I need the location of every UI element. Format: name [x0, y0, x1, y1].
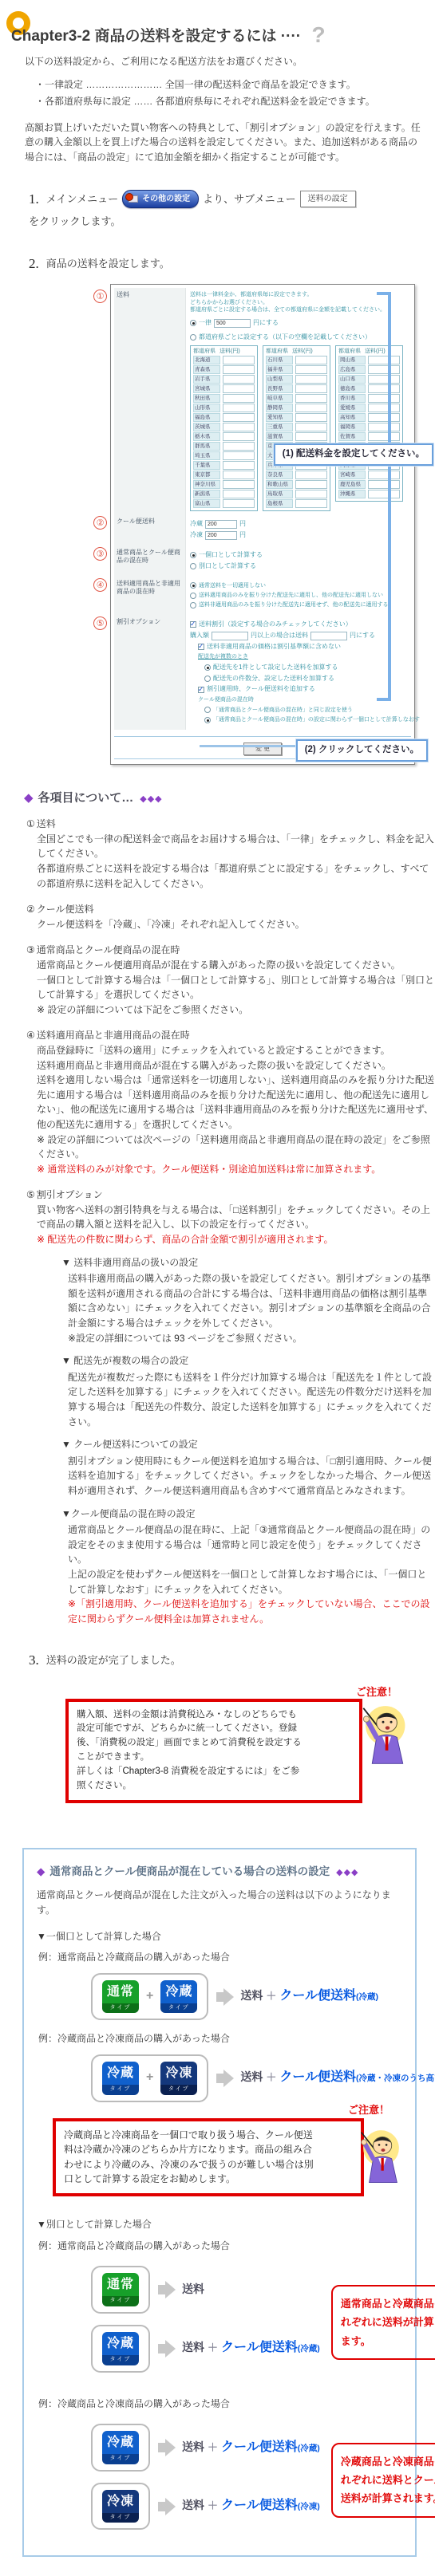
- flat-rate-unit: 円にする: [253, 319, 279, 328]
- guide-item-title: ②クール便送料: [26, 902, 435, 917]
- guide-text: 上記の設定を使わずクール便送料を一個口として計算しなおす場合には、「一個口として…: [68, 1567, 435, 1597]
- row-label: 送料: [114, 288, 186, 514]
- example-label: 例：通常商品と冷蔵商品の購入があった場合: [38, 1950, 404, 1965]
- prefecture-fee-input[interactable]: [368, 413, 400, 422]
- badge-label: 冷凍: [160, 2062, 197, 2085]
- flat-rate-label: 一律: [199, 319, 212, 328]
- prefecture-fee-input[interactable]: [223, 384, 255, 393]
- badge-label: 冷凍: [102, 2490, 139, 2513]
- diamond-icon: ◆: [24, 791, 34, 805]
- prefecture-row: 静岡県: [266, 404, 327, 412]
- exclude-nonapply-checkbox[interactable]: [198, 644, 204, 650]
- plus-sign: ＋: [208, 2499, 218, 2511]
- result-cool-type: (冷蔵): [356, 1992, 378, 2002]
- shipping-result-text: 送料＋クール便送料(冷蔵・冷凍のうち高いほう): [240, 2068, 435, 2088]
- circled-number-4: ④: [93, 578, 107, 592]
- diamond-icons: ◆◆◆: [336, 1868, 358, 1877]
- callout-connector: [200, 745, 303, 747]
- step-text: 商品の送料を設定します。: [46, 256, 170, 272]
- column-header: 送料(円): [219, 348, 240, 355]
- result-base-fee: 送料: [182, 2440, 204, 2453]
- checkbox-label: 送料割引（設定する場合のみチェックしてください）: [199, 620, 352, 629]
- guide-text: 送料を適用しない場合は「通常送料を一切適用しない」、送料適用商品のみを振り分けた…: [37, 1073, 435, 1132]
- guide-items: ①送料全国どこでも一律の配送料金で商品をお届けする場合は、「一律」をチェックし、…: [0, 817, 435, 1626]
- prefecture-fee-input[interactable]: [223, 480, 255, 489]
- step-2: 2. 商品の送料を設定します。: [29, 254, 435, 274]
- prefecture-fee-input[interactable]: [295, 499, 327, 508]
- prefecture-fee-input[interactable]: [223, 365, 255, 374]
- flat-rate-input[interactable]: 500: [214, 319, 251, 328]
- guide-item-title: ④送料適用商品と非適用商品の混在時: [26, 1028, 435, 1043]
- guide-text: 送料非適用商品の購入があった際の扱いを設定してください。割引オプションの基準額を…: [68, 1271, 435, 1330]
- prefecture-label: 静岡県: [266, 404, 293, 412]
- per-prefecture-radio[interactable]: [190, 334, 196, 341]
- shipping-method-list: ・一律設定 …………………… 全国一律の配送料金で商品を設定できます。 ・各都道…: [35, 77, 435, 109]
- unit-label: 円にする: [350, 632, 375, 640]
- frozen-fee-input[interactable]: 200: [205, 531, 237, 540]
- guide-subsection-title: ▼ クール便送料についての設定: [61, 1437, 435, 1452]
- radio-label: 配送先の件数分、設定した送料を加算する: [213, 675, 334, 683]
- guide-text: ※ 配送先の件数に関わらず、商品の合計金額で割引が適用されます。: [37, 1232, 435, 1247]
- page-title: Chapter3-2 商品の送料を設定するには ····: [8, 25, 301, 48]
- purchase-amount-input[interactable]: [212, 632, 248, 640]
- callout-bracket-line: [388, 292, 391, 701]
- item-number: ⑤: [26, 1188, 35, 1203]
- result-cool-fee: クール便送料: [221, 2440, 298, 2454]
- badge-label: 通常: [102, 1980, 139, 2003]
- guide-item-title: ⑤割引オプション: [26, 1188, 435, 1203]
- result-base-fee: 送料: [240, 2070, 263, 2083]
- type-badge-chilled: 冷蔵タイプ: [160, 1980, 197, 2014]
- type-badge-chilled: 冷蔵タイプ: [102, 2431, 139, 2464]
- column-header: 送料(円): [292, 348, 313, 355]
- column-header: 送料(円): [365, 348, 386, 355]
- column-header: 都道府県: [338, 348, 361, 355]
- prefecture-row: 東京都: [193, 471, 255, 479]
- guide-text: ※設定の詳細については 93 ページをご参照ください。: [68, 1331, 435, 1346]
- caution-text: 詳しくは「Chapter3-8 消費税を設定するには」をご参照ください。: [77, 1765, 351, 1794]
- prefecture-column: 都道府県送料(円) 北海道青森県岩手県宮城県秋田県山形県福島県茨城県栃木県群馬県…: [190, 345, 258, 511]
- prefecture-fee-input[interactable]: [295, 471, 327, 479]
- guide-text: ※「割引適用時、クール便送料を追加する」をチェックしていない場合、ここでの設定に…: [68, 1597, 435, 1626]
- prefecture-fee-input[interactable]: [223, 413, 255, 422]
- prefecture-label: 徳島県: [338, 384, 366, 393]
- not-apply-radio[interactable]: [190, 602, 196, 609]
- type-badge-chilled: 冷蔵タイプ: [102, 2332, 139, 2365]
- prefecture-fee-input[interactable]: [295, 423, 327, 431]
- badge-label: 通常: [102, 2273, 139, 2296]
- cool-mixed-sublabel: クール便商品の混在時: [198, 696, 254, 703]
- separate-package-radio[interactable]: [190, 563, 196, 569]
- prefecture-row: 富山県: [193, 499, 255, 508]
- guide-item: ⑤割引オプション買い物客へ送料の割引特典を与える場合は、「□送料割引」をチェック…: [26, 1188, 435, 1626]
- multiple-destination-link[interactable]: 配送先が複数のとき: [198, 653, 248, 660]
- guide-item-title: ③通常商品とクール便商品の混在時: [26, 943, 435, 958]
- prefecture-fee-input[interactable]: [223, 442, 255, 451]
- prefecture-fee-input[interactable]: [223, 499, 255, 508]
- circled-number-2: ②: [93, 516, 107, 530]
- settings-form: ① 送料 送料は一律料金か、都道府県毎に設定できます。 どちらかからお選びくださ…: [110, 284, 415, 765]
- guide-text: 割引オプション使用時にもクール便送料を追加する場合は、「□割引適用時、クール便送…: [68, 1454, 435, 1499]
- example-label: 例：冷蔵商品と冷凍商品の購入があった場合: [38, 2031, 404, 2046]
- prefecture-fee-input[interactable]: [368, 404, 400, 412]
- shipping-flow: 冷蔵タイプ送料＋クール便送料(冷蔵): [91, 2325, 320, 2373]
- column-header: 都道府県: [193, 348, 216, 355]
- prefecture-label: 高知県: [338, 413, 366, 422]
- step-text: より、サブメニュー: [203, 191, 295, 207]
- prefecture-fee-input[interactable]: [368, 490, 400, 498]
- prefecture-label: 岡山県: [338, 356, 366, 364]
- guide-text: ※ 設定の詳細については次ページの「送料適用商品と非適用商品の混在時の設定」をご…: [37, 1132, 435, 1162]
- prefecture-row: 青森県: [193, 365, 255, 374]
- plus-sign: ＋: [266, 1990, 276, 2002]
- package-box: 冷蔵タイプ: [91, 2325, 150, 2373]
- add-cool-fee-checkbox[interactable]: [198, 687, 204, 693]
- prefecture-row: 奈良県: [266, 471, 327, 479]
- badge-sublabel: タイプ: [102, 2355, 139, 2365]
- row-label: 送料適用商品と非適用商品の混在時: [114, 577, 186, 615]
- prefecture-label: 神奈川県: [193, 480, 220, 489]
- prefecture-row: 鳥取県: [266, 490, 327, 498]
- callout-2: (2) クリックしてください。: [296, 739, 428, 762]
- prefecture-label: 千葉県: [193, 461, 220, 470]
- type-badge-normal: 通常タイプ: [102, 1980, 139, 2014]
- result-cool-fee: クール便送料: [221, 2499, 298, 2512]
- badge-sublabel: タイプ: [160, 2003, 197, 2014]
- guide-text: 配送先が複数だった際にも送料を１件分だけ加算する場合は「配送先を１件として設定し…: [68, 1370, 435, 1429]
- checkbox-label: 割引適用時、クール便送料を追加する: [207, 685, 315, 694]
- prefecture-label: 鳥取県: [266, 490, 293, 498]
- prefecture-label: 和歌山県: [266, 480, 293, 489]
- guide-item: ①送料全国どこでも一律の配送料金で商品をお届けする場合は、「一律」をチェックし、…: [26, 817, 435, 891]
- prefecture-fee-input[interactable]: [223, 471, 255, 479]
- intro-lead: 以下の送料設定から、ご利用になる配送方法をお選びください。: [25, 54, 435, 69]
- prefecture-label: 香川県: [338, 394, 366, 403]
- prefecture-row: 福島県: [193, 413, 255, 422]
- prefecture-label: 青森県: [193, 365, 220, 374]
- plus-sign: +: [146, 1987, 153, 2007]
- guide-text: 商品登録時に「送料の適用」にチェックを入れていると設定することができます。: [37, 1043, 435, 1058]
- package-box: 冷蔵タイプ: [91, 2424, 150, 2472]
- plus-sign: ＋: [266, 2071, 276, 2083]
- callout-bracket-tick: [377, 698, 388, 701]
- prefecture-label: 愛知県: [266, 413, 293, 422]
- prefecture-fee-input[interactable]: [295, 480, 327, 489]
- discount-fee-input[interactable]: [310, 632, 347, 640]
- badge-label: 冷蔵: [102, 2062, 139, 2085]
- prefecture-label: 山口県: [338, 375, 366, 384]
- row-label: 通常商品とクール便商品の混在時: [114, 546, 186, 577]
- prefecture-fee-input[interactable]: [223, 394, 255, 403]
- prefecture-fee-input[interactable]: [295, 365, 327, 374]
- shipping-flow: 冷蔵タイプ送料＋クール便送料(冷蔵): [91, 2424, 320, 2472]
- chapter-header: Chapter3-2 商品の送料を設定するには ···· ?: [0, 6, 435, 41]
- prefecture-column: 都道府県送料(円) 岡山県広島県山口県徳島県香川県愛媛県高知県福岡県佐賀県長崎県…: [335, 345, 403, 502]
- result-cool-fee: クール便送料: [279, 1989, 356, 2003]
- prefecture-label: 岩手県: [193, 375, 220, 384]
- shipping-flow: 通常タイプ送料: [91, 2266, 320, 2314]
- flat-rate-radio[interactable]: [190, 320, 196, 326]
- prefecture-fee-input[interactable]: [223, 375, 255, 384]
- submenu-shipping-settings-button[interactable]: 送料の設定: [300, 191, 356, 208]
- recalculate-radio[interactable]: [204, 717, 211, 723]
- unit-label: 円: [239, 520, 246, 529]
- menu-button-icon: [129, 195, 138, 203]
- row-label: クール便送料: [114, 514, 186, 546]
- prefecture-row: 長野県: [266, 384, 327, 393]
- badge-sublabel: タイプ: [102, 2296, 139, 2306]
- prefecture-label: 愛媛県: [338, 404, 366, 412]
- example-label: 例：冷蔵商品と冷凍商品の購入があった場合: [38, 2397, 404, 2412]
- form-instruction: どちらかからお選びください。: [190, 299, 407, 306]
- guide-item-title: ①送料: [26, 817, 435, 832]
- package-box: 通常タイプ+冷蔵タイプ: [91, 1973, 208, 2021]
- discount-mid-label: 円以上の場合は送料: [251, 632, 308, 640]
- apply-only-radio[interactable]: [190, 593, 196, 599]
- prefecture-row: 福井県: [266, 365, 327, 374]
- result-base-fee: 送料: [182, 2341, 204, 2353]
- badge-label: 冷蔵: [102, 2332, 139, 2355]
- mixed-shipping-section: ◆通常商品とクール便商品が混在している場合の送料の設定◆◆◆ 通常商品とクール便…: [22, 1848, 417, 2558]
- guide-subsection-title: ▼ 配送先が複数の場合の設定: [61, 1353, 435, 1369]
- one-destination-radio[interactable]: [204, 664, 211, 671]
- mixbox-intro: 通常商品とクール便商品が混在した注文が入った場合の送料は以下のようになります。: [37, 1888, 404, 1917]
- prefecture-label: 島根県: [266, 499, 293, 508]
- guide-section-heading: ◆各項目について…◆◆◆: [24, 789, 435, 807]
- checkbox-label: 送料非適用商品の価格は割引基準額に含めない: [207, 643, 341, 652]
- prefecture-row: 山形県: [193, 404, 255, 412]
- callout-1: (1) 配送料金を設定してください。: [274, 443, 433, 466]
- prefecture-row: 栃木県: [193, 432, 255, 441]
- case-one-package-title: ▼一個口として計算した場合: [37, 1929, 404, 1944]
- prefecture-label: 新潟県: [193, 490, 220, 498]
- form-row-cool-fee: ② クール便送料 冷蔵 200 円 冷凍 200 円: [114, 514, 411, 546]
- prefecture-fee-input[interactable]: [368, 394, 400, 403]
- prefecture-label: 岐阜県: [266, 394, 293, 403]
- prefecture-label: 栃木県: [193, 432, 220, 441]
- prefecture-row: 石川県: [266, 356, 327, 364]
- prefecture-fee-input[interactable]: [368, 384, 400, 393]
- example-group: 冷蔵タイプ送料＋クール便送料(冷蔵) 冷凍タイプ送料＋クール便送料(冷凍) 冷蔵…: [35, 2419, 404, 2541]
- result-cool-fee: クール便送料: [221, 2341, 298, 2354]
- result-base-fee: 送料: [182, 2283, 204, 2295]
- shipping-flow: 冷蔵タイプ+冷凍タイプ送料＋クール便送料(冷蔵・冷凍のうち高いほう): [91, 2054, 404, 2102]
- prefecture-label: 福岡県: [338, 423, 366, 431]
- guide-item: ②クール便送料クール便送料を「冷蔵」、「冷凍」それぞれ記入してください。: [26, 902, 435, 932]
- circled-number-1: ①: [93, 290, 107, 303]
- badge-sublabel: タイプ: [102, 2085, 139, 2095]
- discount-checkbox[interactable]: [190, 621, 196, 628]
- prefecture-label: 佐賀県: [338, 432, 366, 441]
- flow-arrow-icon: [158, 2439, 176, 2456]
- prefecture-fee-input[interactable]: [223, 432, 255, 441]
- step-1: 1. メインメニュー その他の設定 より、サブメニュー 送料の設定 をクリックし…: [29, 189, 435, 230]
- mixbox-heading: ◆通常商品とクール便商品が混在している場合の送料の設定◆◆◆: [37, 1864, 404, 1881]
- prefecture-label: 群馬県: [193, 442, 220, 451]
- item-title-text: 送料適用商品と非適用商品の混在時: [37, 1028, 190, 1043]
- prefecture-label: 北海道: [193, 356, 220, 364]
- unit-label: 円: [239, 531, 246, 540]
- badge-sublabel: タイプ: [160, 2085, 197, 2095]
- prefecture-label: 三重県: [266, 423, 293, 431]
- prefecture-fee-input[interactable]: [295, 432, 327, 441]
- shipping-flow: 冷凍タイプ送料＋クール便送料(冷凍): [91, 2483, 320, 2531]
- prefecture-row: 茨城県: [193, 423, 255, 431]
- list-item: ・各都道府県毎に設定 …… 各都道府県毎にそれぞれ配送料金を設定できます。: [35, 94, 435, 109]
- diamond-icons: ◆◆◆: [140, 794, 162, 804]
- prefecture-fee-input[interactable]: [368, 480, 400, 489]
- badge-sublabel: タイプ: [102, 2513, 139, 2523]
- prefecture-fee-input[interactable]: [368, 356, 400, 364]
- type-badge-frozen: 冷凍タイプ: [160, 2062, 197, 2095]
- radio-label: 一個口として計算する: [199, 551, 263, 560]
- prefecture-row: 新潟県: [193, 490, 255, 498]
- package-box: 冷凍タイプ: [91, 2483, 150, 2531]
- one-package-radio[interactable]: [190, 552, 196, 558]
- result-base-fee: 送料: [182, 2499, 204, 2511]
- case-separate-package-title: ▼別口として計算した場合: [37, 2217, 404, 2232]
- prefecture-fee-input[interactable]: [295, 384, 327, 393]
- type-badge-frozen: 冷凍タイプ: [102, 2490, 139, 2523]
- result-base-fee: 送料: [240, 1989, 263, 2002]
- plus-sign: +: [146, 2068, 153, 2088]
- prefecture-label: 埼玉県: [193, 451, 220, 460]
- step-text: メインメニュー: [46, 191, 118, 207]
- type-badge-normal: 通常タイプ: [102, 2273, 139, 2306]
- prefecture-fee-input[interactable]: [368, 432, 400, 441]
- prefecture-row: 埼玉県: [193, 451, 255, 460]
- package-box: 冷蔵タイプ+冷凍タイプ: [91, 2054, 208, 2102]
- chilled-fee-input[interactable]: 200: [205, 520, 237, 529]
- caution-text: 冷蔵商品と冷凍商品を一個口で取り扱う場合、クール便送料は冷蔵か冷凍のどちらか片方…: [64, 2128, 353, 2187]
- prefecture-label: 福井県: [266, 365, 293, 374]
- form-row-mixed: ③ 通常商品とクール便商品の混在時 一個口として計算する 別口として計算する: [114, 546, 411, 577]
- circled-number-3: ③: [93, 547, 107, 561]
- prefecture-label: 広島県: [338, 365, 366, 374]
- step-number: 2.: [29, 254, 39, 274]
- prefecture-label: 宮崎県: [338, 471, 366, 479]
- instructor-illustration: [356, 2123, 402, 2190]
- form-row-shipping: ① 送料 送料は一律料金か、都道府県毎に設定できます。 どちらかからお選びくださ…: [114, 288, 411, 514]
- shipping-result-text: 送料＋クール便送料(冷蔵): [182, 2338, 320, 2358]
- prefecture-label: 宮城県: [193, 384, 220, 393]
- radio-label: 配送先を1件として設定した送料を加算する: [213, 664, 338, 672]
- prefecture-row: 群馬県: [193, 442, 255, 451]
- item-number: ②: [26, 902, 35, 917]
- guide-text: 通常商品とクール便商品の混在時に、上記「③通常商品とクール便商品の混在時」の設定…: [68, 1522, 435, 1567]
- example-group: 通常タイプ送料 冷蔵タイプ送料＋クール便送料(冷蔵) 通常商品と冷蔵商品のそれぞ…: [35, 2261, 404, 2383]
- prefecture-fee-input[interactable]: [223, 490, 255, 498]
- per-destination-radio[interactable]: [204, 676, 211, 682]
- guide-text: 買い物客へ送料の割引特典を与える場合は、「□送料割引」をチェックしてください。そ…: [37, 1203, 435, 1232]
- item-title-text: クール便送料: [37, 902, 94, 917]
- step-number: 3.: [29, 1650, 39, 1671]
- prefecture-row: 岐阜県: [266, 394, 327, 403]
- guide-item: ③通常商品とクール便商品の混在時通常商品とクール便適用商品が混在する購入があった…: [26, 943, 435, 1017]
- prefecture-row: 秋田県: [193, 394, 255, 403]
- shipping-result-text: 送料＋クール便送料(冷蔵): [240, 1987, 378, 2007]
- prefecture-fee-input[interactable]: [223, 423, 255, 431]
- result-cool-type: (冷凍): [298, 2502, 320, 2511]
- main-menu-other-settings-button[interactable]: その他の設定: [122, 190, 199, 209]
- prefecture-fee-input[interactable]: [295, 490, 327, 498]
- step-text: 送料の設定が完了しました。: [46, 1652, 181, 1668]
- flow-arrow-icon: [216, 2070, 234, 2087]
- flow-arrow-icon: [216, 1988, 234, 2006]
- badge-sublabel: タイプ: [102, 2003, 139, 2014]
- prefecture-row: 宮城県: [193, 384, 255, 393]
- flow-arrow-icon: [158, 2340, 176, 2357]
- chilled-fee-label: 冷蔵: [190, 520, 203, 529]
- no-shipping-radio[interactable]: [190, 582, 196, 589]
- prefecture-label: 山形県: [193, 404, 220, 412]
- frozen-fee-label: 冷凍: [190, 531, 203, 540]
- form-row-discount: ⑤ 割引オプション 送料割引（設定する場合のみチェックしてください） 購入額 円…: [114, 615, 411, 730]
- shipping-flow: 通常タイプ+冷蔵タイプ送料＋クール便送料(冷蔵): [91, 1973, 404, 2021]
- prefecture-row: 和歌山県: [266, 480, 327, 489]
- badge-label: 冷蔵: [160, 1980, 197, 2003]
- prefecture-fee-input[interactable]: [223, 404, 255, 412]
- plus-sign: ＋: [208, 2441, 218, 2453]
- form-instruction: 都道府県ごとに設定する場合は、全ての都道府県に金額を記載してください。: [190, 306, 407, 313]
- radio-label: 送料非適用商品のみを振り分けた配送先に適用せず、他の配送先に適用する: [199, 601, 388, 609]
- prefecture-fee-input[interactable]: [295, 404, 327, 412]
- guide-text: クール便送料を「冷蔵」、「冷凍」それぞれ記入してください。: [37, 917, 435, 932]
- prefecture-row: 三重県: [266, 423, 327, 431]
- prefecture-fee-input[interactable]: [368, 375, 400, 384]
- result-cool-type: (冷蔵): [298, 2444, 320, 2453]
- prefecture-row: 島根県: [266, 499, 327, 508]
- prefecture-fee-input[interactable]: [223, 451, 255, 460]
- list-item: ・一律設定 …………………… 全国一律の配送料金で商品を設定できます。: [35, 77, 435, 93]
- guide-subsection-title: ▼クール便商品の混在時の設定: [61, 1507, 435, 1522]
- prefecture-fee-input[interactable]: [295, 375, 327, 384]
- guide-text: 全国どこでも一律の配送料金で商品をお届けする場合は、「一律」をチェックし、料金を…: [37, 832, 435, 861]
- guide-text: 送料適用商品と非適用商品が混在する購入があった際の扱いを設定してください。: [37, 1058, 435, 1073]
- item-title-text: 通常商品とクール便商品の混在時: [37, 943, 180, 958]
- result-note: 冷蔵商品と冷凍商品のそれぞれに送料とクール便送料が計算されます。: [331, 2443, 435, 2518]
- prefecture-fee-table: 都道府県送料(円) 北海道青森県岩手県宮城県秋田県山形県福島県茨城県栃木県群馬県…: [190, 345, 407, 511]
- shipping-result-text: 送料＋クール便送料(冷凍): [182, 2496, 320, 2516]
- intro-paragraph: 高額お買上げいただいた買い物客への特典として、「割引オプション」の設定を行えます…: [25, 120, 424, 165]
- same-setting-radio[interactable]: [204, 707, 211, 713]
- radio-label: 別口として計算する: [199, 562, 256, 571]
- item-title-text: 送料: [37, 817, 56, 832]
- flow-arrow-icon: [158, 2281, 176, 2298]
- callout-bracket-tick: [377, 292, 388, 295]
- prefecture-fee-input[interactable]: [295, 356, 327, 364]
- item-number: ④: [26, 1028, 35, 1043]
- prefecture-fee-input[interactable]: [368, 423, 400, 431]
- prefecture-fee-input[interactable]: [295, 413, 327, 422]
- plus-sign: ＋: [208, 2342, 218, 2353]
- prefecture-fee-input[interactable]: [295, 394, 327, 403]
- guide-text: 各都道府県ごとに送料を設定する場合は「都道府県ごとに設定する」をチェックし、すべ…: [37, 861, 435, 891]
- prefecture-label: 奈良県: [266, 471, 293, 479]
- one-package-caution-box: ご注意！ 冷蔵商品と冷凍商品を一個口で取り扱う場合、クール便: [53, 2118, 364, 2196]
- prefecture-fee-input[interactable]: [223, 356, 255, 364]
- prefecture-row: 愛知県: [266, 413, 327, 422]
- diamond-icon: ◆: [37, 1865, 45, 1877]
- shipping-settings-screenshot: ① 送料 送料は一律料金か、都道府県毎に設定できます。 どちらかからお選びくださ…: [110, 284, 415, 765]
- badge-sublabel: タイプ: [102, 2454, 139, 2464]
- result-cool-fee: クール便送料: [279, 2070, 356, 2084]
- step-3: 3. 送料の設定が完了しました。: [29, 1650, 435, 1671]
- prefecture-fee-input[interactable]: [223, 461, 255, 470]
- prefecture-fee-input[interactable]: [368, 365, 400, 374]
- prefecture-fee-input[interactable]: [368, 471, 400, 479]
- prefecture-row: 北海道: [193, 356, 255, 364]
